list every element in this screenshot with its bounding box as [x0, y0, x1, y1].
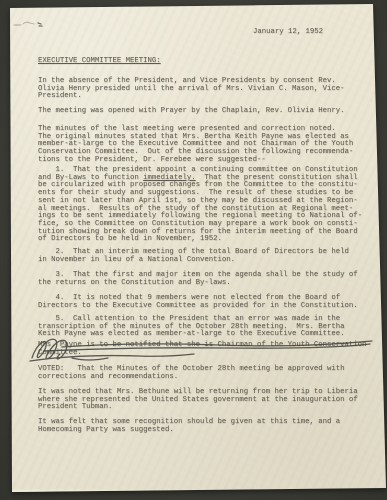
paragraph-recommendation-5: 5. Call attention to the President that … [38, 316, 376, 339]
document-page-wrapper: January 12, 1952 EXECUTIVE COMMITTEE MEE… [8, 4, 386, 494]
paragraph-voted: VOTED: That the Minutes of the October 2… [38, 366, 376, 381]
paragraph-struck-out-line: Mrs. Payne is to be notified that she is… [38, 342, 376, 357]
paragraph-minutes-correction: The minutes of the last meeting were pre… [38, 126, 376, 165]
corner-mark-squiggle [23, 22, 34, 24]
paragraph-intro: In the absence of the President, and Vic… [38, 78, 376, 101]
paragraph-recommendation-4: 4. It is noted that 9 members were not e… [38, 295, 376, 310]
corner-mark-tick [38, 23, 42, 26]
corner-pencil-mark [14, 22, 42, 26]
document-page: January 12, 1952 EXECUTIVE COMMITTEE MEE… [8, 4, 386, 494]
paragraph-bethune-note: It was noted that Mrs. Bethune will be r… [38, 389, 376, 412]
document-title: EXECUTIVE COMMITTEE MEETING: [38, 58, 376, 66]
scan-background: January 12, 1952 EXECUTIVE COMMITTEE MEE… [0, 0, 387, 500]
paragraph-closing-note: It was felt that some recognition should… [38, 419, 376, 434]
document-date: January 12, 1952 [253, 29, 373, 37]
paragraph-prayer: The meeting was opened with Prayer by th… [38, 108, 376, 116]
paragraph-recommendation-3: 3. That the first and major item on the … [38, 272, 376, 287]
paragraph-recommendation-1: 1. That the president appoint a continui… [38, 167, 376, 244]
scribble-tail [72, 358, 108, 360]
paragraph-recommendation-2: 2. That an interim meeting of the total … [38, 249, 376, 264]
recommendation-1-text-continued: That the present constitution shall be c… [38, 174, 362, 244]
document-title-text: EXECUTIVE COMMITTEE MEETING: [38, 57, 161, 65]
